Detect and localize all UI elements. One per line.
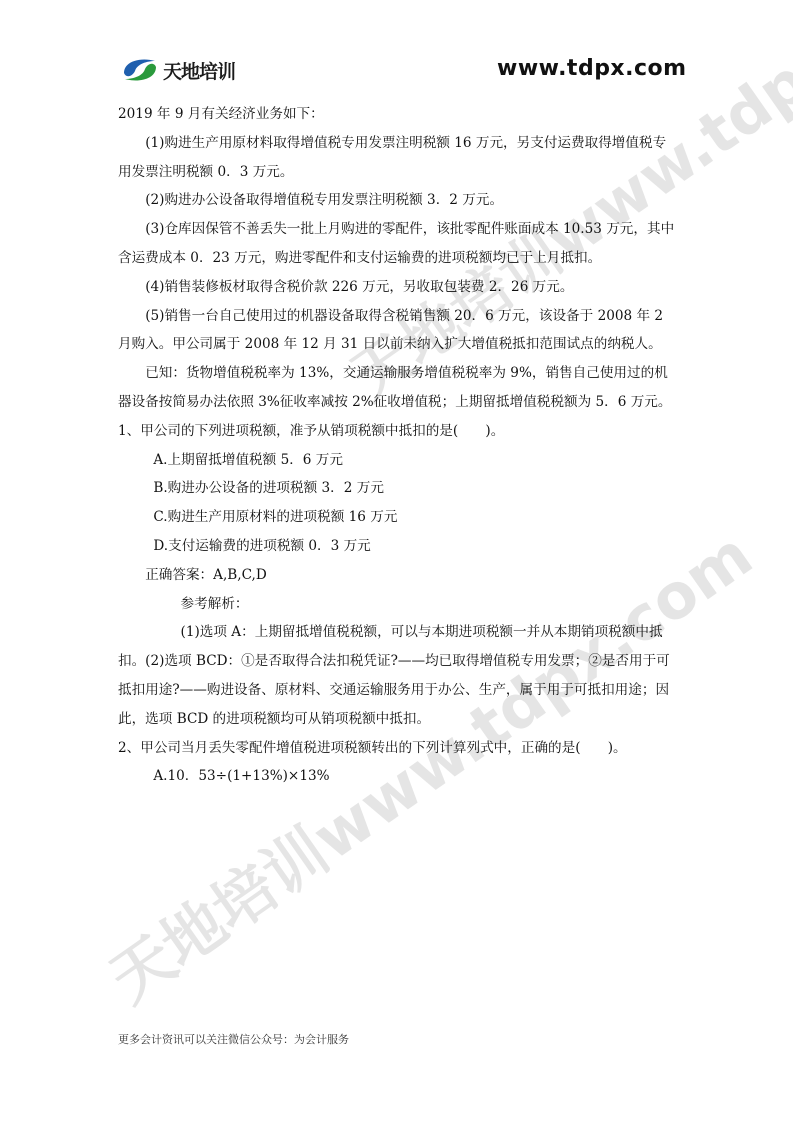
question-1-option-b: B.购进办公设备的进项税额 3．2 万元 (118, 474, 678, 503)
footer-note: 更多会计资讯可以关注微信公众号：为会计服务 (118, 1031, 349, 1047)
document-body: 2019 年 9 月有关经济业务如下： (1)购进生产用原材料取得增值税专用发票… (118, 100, 678, 791)
question-2-option-a: A.10．53÷(1+13%)×13% (118, 762, 678, 791)
page-header: 天地培训 www.tdpx.com (0, 0, 793, 95)
question-1-answer: 正确答案：A,B,C,D (118, 561, 678, 590)
brand-logo: 天地培训 (121, 55, 235, 85)
business-item-2: (2)购进办公设备取得增值税专用发票注明税额 3．2 万元。 (118, 186, 678, 215)
business-item-1: (1)购进生产用原材料取得增值税专用发票注明税额 16 万元，另支付运费取得增值… (118, 129, 678, 187)
question-1-option-a: A.上期留抵增值税额 5．6 万元 (118, 446, 678, 475)
question-1-option-d: D.支付运输费的进项税额 0．3 万元 (118, 532, 678, 561)
question-1-stem: 1、甲公司的下列进项税额，准予从销项税额中抵扣的是( )。 (118, 417, 678, 446)
question-1-analysis: (1)选项 A：上期留抵增值税税额，可以与本期进项税额一并从本期销项税额中抵扣。… (118, 618, 678, 733)
logo-text: 天地培训 (163, 57, 235, 84)
site-url: www.tdpx.com (497, 56, 687, 81)
logo-swirl-icon (121, 55, 159, 85)
business-item-5: (5)销售一台自己使用过的机器设备取得含税销售额 20．6 万元，该设备于 20… (118, 302, 678, 360)
business-item-4: (4)销售装修板材取得含税价款 226 万元，另收取包装费 2．26 万元。 (118, 273, 678, 302)
business-item-3: (3)仓库因保管不善丢失一批上月购进的零配件，该批零配件账面成本 10.53 万… (118, 215, 678, 273)
question-1-option-c: C.购进生产用原材料的进项税额 16 万元 (118, 503, 678, 532)
question-2-stem: 2、甲公司当月丢失零配件增值税进项税额转出的下列计算列式中，正确的是( )。 (118, 734, 678, 763)
known-conditions: 已知：货物增值税税率为 13%，交通运输服务增值税税率为 9%，销售自己使用过的… (118, 359, 678, 417)
question-1-analysis-title: 参考解析： (118, 590, 678, 619)
intro-line: 2019 年 9 月有关经济业务如下： (118, 100, 678, 129)
